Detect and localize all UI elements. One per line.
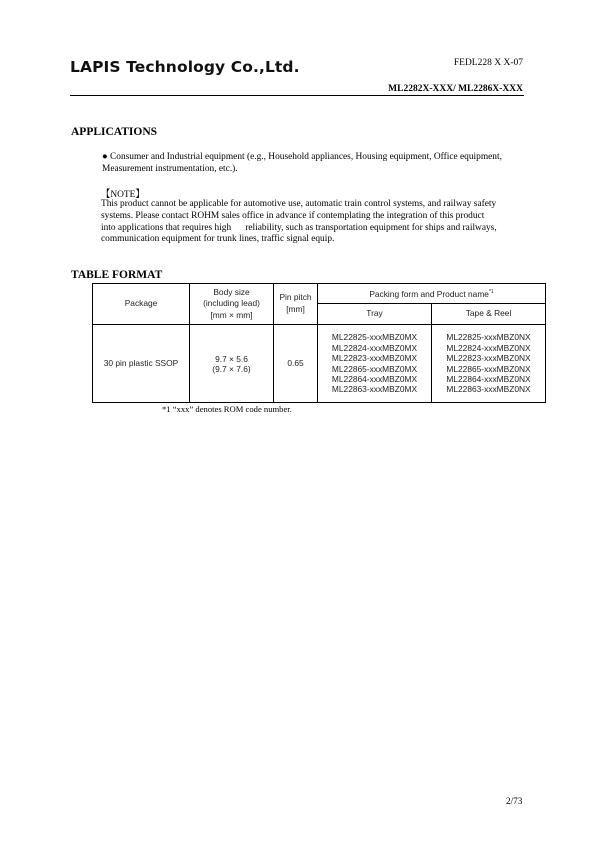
header-body-size-line: (including lead) [190,298,273,310]
note-line: systems. Please contact ROHM sales offic… [101,211,531,223]
table-format-heading: TABLE FORMAT [71,269,162,281]
header-pin-pitch-line: Pin pitch [274,292,317,304]
header-body-size-line: Body size [190,287,273,299]
applications-heading: APPLICATIONS [71,126,157,138]
header-packing: Packing form and Product name*1 [318,284,546,304]
product-name: ML22864-xxxMBZ0NX [432,374,545,384]
product-name: ML22824-xxxMBZ0NX [432,343,545,353]
cell-tray: ML22825-xxxMBZ0MX ML22824-xxxMBZ0MX ML22… [318,325,432,403]
table-format: Package Body size (including lead) [mm ×… [92,283,546,403]
product-name: ML22864-xxxMBZ0MX [318,374,431,384]
product-name: ML22865-xxxMBZ0MX [318,364,431,374]
header-packing-label: Packing form and Product name [369,289,489,299]
cell-body-size-line: 9.7 × 5.6 [190,354,273,364]
cell-package: 30 pin plastic SSOP [93,325,190,403]
table-footnote: *1 “xxx” denotes ROM code number. [162,404,292,414]
product-name: ML22823-xxxMBZ0MX [318,353,431,363]
cell-body-size-line: (9.7 × 7.6) [190,364,273,374]
note-line: into applications that requires high rel… [101,223,531,235]
footnote-mark: *1 [489,289,494,295]
header-divider [70,95,524,96]
document-id: FEDL228 X X-07 [454,58,523,68]
header-body-size: Body size (including lead) [mm × mm] [190,284,274,325]
cell-pin-pitch: 0.65 [274,325,318,403]
header-tray: Tray [318,304,432,325]
table-row: 30 pin plastic SSOP 9.7 × 5.6 (9.7 × 7.6… [93,325,546,403]
note-body: This product cannot be applicable for au… [101,199,531,246]
note-line: This product cannot be applicable for au… [101,199,531,211]
page-number: 2/73 [506,796,522,806]
header-pin-pitch-line: [mm] [274,304,317,316]
product-name: ML22825-xxxMBZ0NX [432,332,545,342]
note-heading: 【NOTE】 [101,186,145,200]
product-name: ML22863-xxxMBZ0NX [432,384,545,394]
product-name: ML22824-xxxMBZ0MX [318,343,431,353]
product-name: ML22865-xxxMBZ0NX [432,364,545,374]
applications-bullet: ● Consumer and Industrial equipment (e.g… [102,152,502,175]
part-numbers: ML2282X-XXX/ ML2286X-XXX [388,84,523,94]
cell-tape-reel: ML22825-xxxMBZ0NX ML22824-xxxMBZ0NX ML22… [432,325,546,403]
company-logo: LAPIS Technology Co.,Ltd. [70,58,300,76]
product-name: ML22823-xxxMBZ0NX [432,353,545,363]
product-name: ML22825-xxxMBZ0MX [318,332,431,342]
header-package: Package [93,284,190,325]
header-pin-pitch: Pin pitch [mm] [274,284,318,325]
header-body-size-line: [mm × mm] [190,310,273,322]
cell-body-size: 9.7 × 5.6 (9.7 × 7.6) [190,325,274,403]
note-line: communication equipment for trunk lines,… [101,234,531,246]
header-tape-reel: Tape & Reel [432,304,546,325]
product-name: ML22863-xxxMBZ0MX [318,384,431,394]
